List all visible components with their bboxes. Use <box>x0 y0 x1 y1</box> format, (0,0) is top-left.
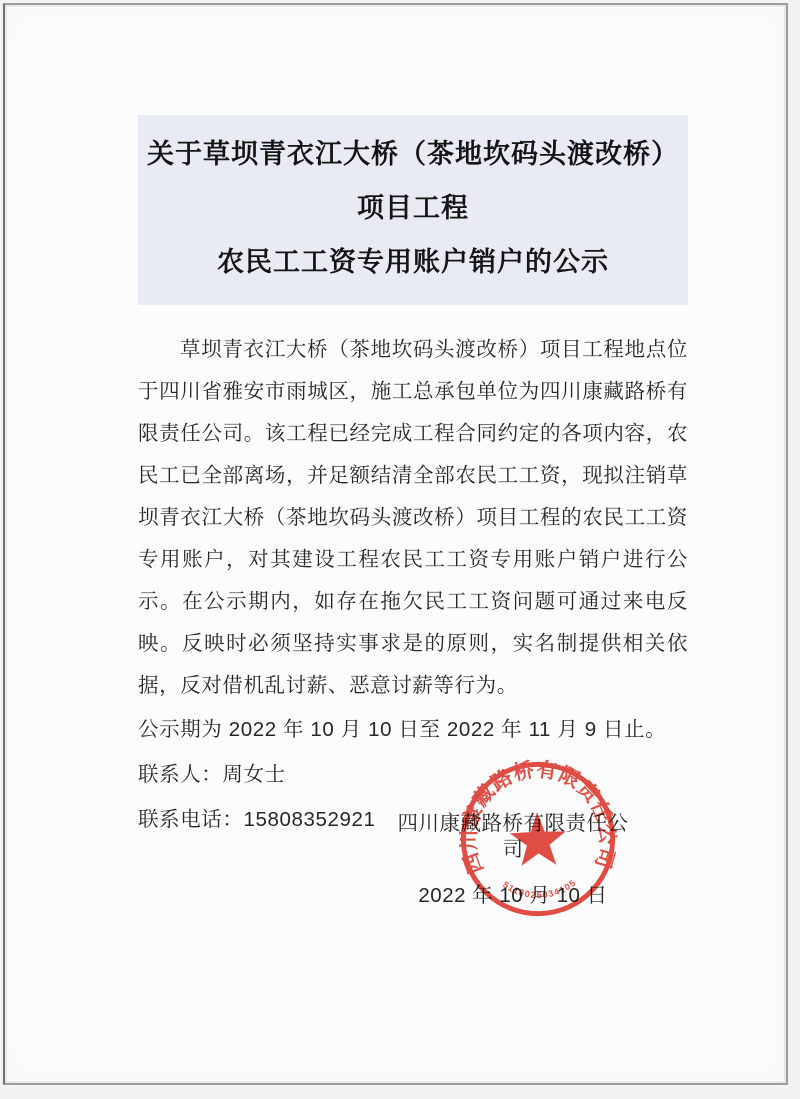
title-line-1: 关于草坝青衣江大桥（茶地坎码头渡改桥）项目工程 <box>140 127 686 235</box>
body-paragraph: 草坝青衣江大桥（茶地坎码头渡改桥）项目工程地点位于四川省雅安市雨城区，施工总承包… <box>138 329 688 707</box>
company-seal: 四川康藏路桥有限责任公司 5118025034105 <box>453 754 623 924</box>
scanned-document-page: 关于草坝青衣江大桥（茶地坎码头渡改桥）项目工程 农民工工资专用账户销户的公示 草… <box>3 3 788 1085</box>
publicity-period-line: 公示期为 2022 年 10 月 10 日至 2022 年 11 月 9 日止。 <box>138 707 688 752</box>
seal-star-icon <box>509 811 567 866</box>
title-line-2: 农民工工资专用账户销户的公示 <box>140 235 686 289</box>
seal-serial-number: 5118025034105 <box>501 877 579 901</box>
document-content: 关于草坝青衣江大桥（茶地坎码头渡改桥）项目工程 农民工工资专用账户销户的公示 草… <box>138 115 688 842</box>
document-title: 关于草坝青衣江大桥（茶地坎码头渡改桥）项目工程 农民工工资专用账户销户的公示 <box>138 115 688 305</box>
